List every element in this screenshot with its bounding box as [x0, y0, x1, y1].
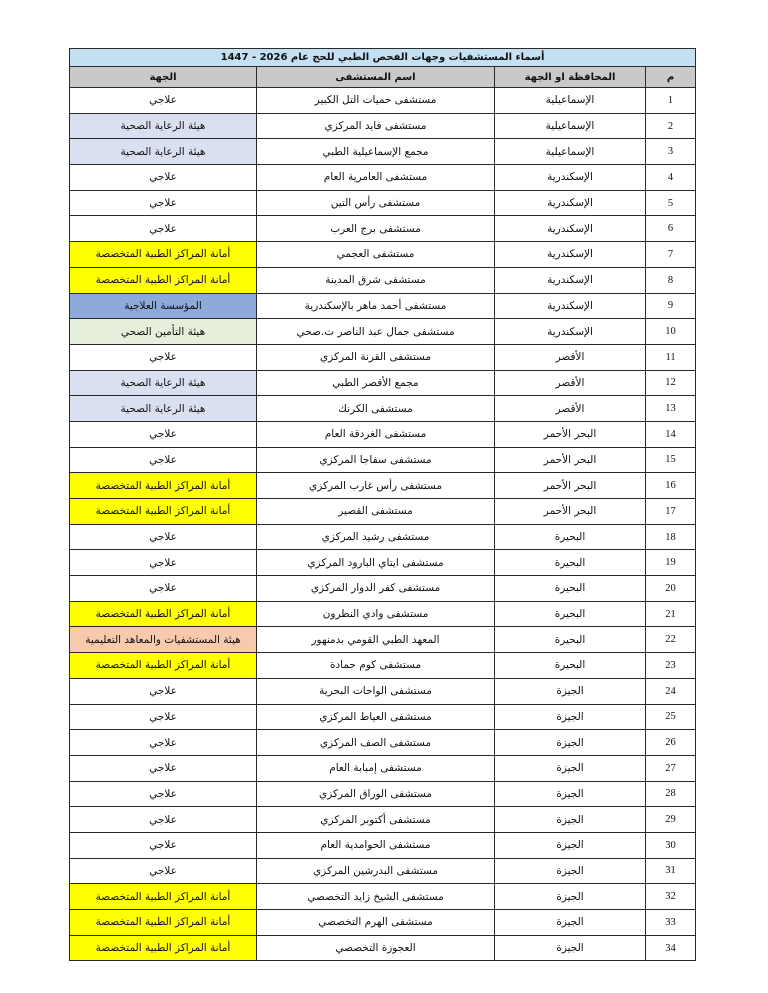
row-number: 14	[646, 421, 696, 447]
authority-cell: أمانة المراكز الطبية المتخصصة	[70, 653, 257, 679]
governorate-cell: الجيزة	[495, 704, 646, 730]
row-number: 30	[646, 832, 696, 858]
table-row: 9الإسكندريةمستشفى أحمد ماهر بالإسكندريةا…	[70, 293, 696, 319]
table-row: 17البحر الأحمرمستشفى القصيرأمانة المراكز…	[70, 499, 696, 525]
hospital-name-cell: مستشفى أكتوبر المركزي	[257, 807, 495, 833]
row-number: 10	[646, 319, 696, 345]
hospital-name-cell: مستشفى كوم حمادة	[257, 653, 495, 679]
governorate-cell: الجيزة	[495, 807, 646, 833]
hospital-name-cell: مستشفى شرق المدينة	[257, 267, 495, 293]
authority-cell: علاجي	[70, 447, 257, 473]
authority-cell: علاجي	[70, 190, 257, 216]
authority-cell: علاجي	[70, 216, 257, 242]
governorate-cell: الجيزة	[495, 781, 646, 807]
governorate-cell: الإسكندرية	[495, 190, 646, 216]
authority-cell: هيئة الرعاية الصحية	[70, 113, 257, 139]
governorate-cell: الجيزة	[495, 832, 646, 858]
row-number: 20	[646, 576, 696, 602]
governorate-cell: البحيرة	[495, 550, 646, 576]
hospital-name-cell: مستشفى الغردقة العام	[257, 421, 495, 447]
authority-cell: هيئة المستشفيات والمعاهد التعليمية	[70, 627, 257, 653]
table-row: 19البحيرةمستشفى ايتاي البارود المركزيعلا…	[70, 550, 696, 576]
authority-cell: علاجي	[70, 576, 257, 602]
hospital-name-cell: مستشفى الصف المركزي	[257, 730, 495, 756]
hospital-name-cell: المعهد الطبي القومي بدمنهور	[257, 627, 495, 653]
hospital-name-cell: مستشفى سفاجا المركزي	[257, 447, 495, 473]
authority-cell: علاجي	[70, 730, 257, 756]
row-number: 24	[646, 678, 696, 704]
hospitals-sheet: أسماء المستشفيات وجهات الفحص الطبي للحج …	[69, 48, 695, 961]
governorate-cell: الإسماعيلية	[495, 113, 646, 139]
governorate-cell: الإسكندرية	[495, 165, 646, 191]
row-number: 32	[646, 884, 696, 910]
governorate-cell: الإسكندرية	[495, 319, 646, 345]
governorate-cell: الإسكندرية	[495, 267, 646, 293]
governorate-cell: البحيرة	[495, 576, 646, 602]
authority-cell: هيئة الرعاية الصحية	[70, 139, 257, 165]
table-row: 29الجيزةمستشفى أكتوبر المركزيعلاجي	[70, 807, 696, 833]
authority-cell: أمانة المراكز الطبية المتخصصة	[70, 910, 257, 936]
row-number: 3	[646, 139, 696, 165]
hospital-name-cell: مستشفى ايتاي البارود المركزي	[257, 550, 495, 576]
row-number: 23	[646, 653, 696, 679]
hospital-name-cell: مستشفى الوراق المركزي	[257, 781, 495, 807]
authority-cell: أمانة المراكز الطبية المتخصصة	[70, 935, 257, 961]
table-row: 11الأقصرمستشفى القرنة المركزيعلاجي	[70, 344, 696, 370]
table-row: 26الجيزةمستشفى الصف المركزيعلاجي	[70, 730, 696, 756]
title-row: أسماء المستشفيات وجهات الفحص الطبي للحج …	[70, 49, 696, 67]
table-row: 31الجيزةمستشفى البدرشين المركزيعلاجي	[70, 858, 696, 884]
hospital-name-cell: مستشفى العياط المركزي	[257, 704, 495, 730]
table-row: 24الجيزةمستشفى الواحات البحريةعلاجي	[70, 678, 696, 704]
row-number: 11	[646, 344, 696, 370]
authority-cell: هيئة الرعاية الصحية	[70, 370, 257, 396]
row-number: 29	[646, 807, 696, 833]
governorate-cell: البحر الأحمر	[495, 499, 646, 525]
authority-cell: أمانة المراكز الطبية المتخصصة	[70, 242, 257, 268]
row-number: 27	[646, 755, 696, 781]
row-number: 19	[646, 550, 696, 576]
hospital-name-cell: مستشفى رأس التين	[257, 190, 495, 216]
governorate-cell: الجيزة	[495, 678, 646, 704]
row-number: 7	[646, 242, 696, 268]
table-row: 23البحيرةمستشفى كوم حمادةأمانة المراكز ا…	[70, 653, 696, 679]
row-number: 21	[646, 601, 696, 627]
hospital-name-cell: مستشفى القصير	[257, 499, 495, 525]
row-number: 26	[646, 730, 696, 756]
row-number: 6	[646, 216, 696, 242]
authority-cell: أمانة المراكز الطبية المتخصصة	[70, 473, 257, 499]
row-number: 12	[646, 370, 696, 396]
row-number: 18	[646, 524, 696, 550]
hospital-name-cell: مستشفى وادي النطرون	[257, 601, 495, 627]
governorate-cell: الجيزة	[495, 884, 646, 910]
row-number: 28	[646, 781, 696, 807]
hospital-name-cell: مستشفى برج العرب	[257, 216, 495, 242]
hospital-name-cell: مستشفى رأس غارب المركزي	[257, 473, 495, 499]
hospital-name-cell: مستشفى حميات التل الكبير	[257, 88, 495, 114]
document-title: أسماء المستشفيات وجهات الفحص الطبي للحج …	[70, 49, 696, 67]
row-number: 34	[646, 935, 696, 961]
column-header-authority: الجهة	[70, 67, 257, 88]
authority-cell: علاجي	[70, 755, 257, 781]
authority-cell: علاجي	[70, 524, 257, 550]
row-number: 22	[646, 627, 696, 653]
authority-cell: علاجي	[70, 807, 257, 833]
table-body: 1الإسماعيليةمستشفى حميات التل الكبيرعلاج…	[70, 88, 696, 961]
table-row: 32الجيزةمستشفى الشيخ زايد التخصصيأمانة ا…	[70, 884, 696, 910]
table-row: 18البحيرةمستشفى رشيد المركزيعلاجي	[70, 524, 696, 550]
row-number: 16	[646, 473, 696, 499]
governorate-cell: الجيزة	[495, 858, 646, 884]
row-number: 9	[646, 293, 696, 319]
governorate-cell: البحيرة	[495, 627, 646, 653]
row-number: 13	[646, 396, 696, 422]
row-number: 1	[646, 88, 696, 114]
authority-cell: علاجي	[70, 832, 257, 858]
authority-cell: أمانة المراكز الطبية المتخصصة	[70, 884, 257, 910]
table-row: 21البحيرةمستشفى وادي النطرونأمانة المراك…	[70, 601, 696, 627]
table-row: 13الأقصرمستشفى الكرنكهيئة الرعاية الصحية	[70, 396, 696, 422]
hospital-name-cell: مستشفى الشيخ زايد التخصصي	[257, 884, 495, 910]
table-row: 2الإسماعيليةمستشفى فايد المركزيهيئة الرع…	[70, 113, 696, 139]
authority-cell: أمانة المراكز الطبية المتخصصة	[70, 499, 257, 525]
governorate-cell: الجيزة	[495, 910, 646, 936]
hospital-name-cell: مستشفى القرنة المركزي	[257, 344, 495, 370]
authority-cell: علاجي	[70, 344, 257, 370]
governorate-cell: الإسكندرية	[495, 242, 646, 268]
column-header-hospital: اسم المستشفى	[257, 67, 495, 88]
authority-cell: المؤسسة العلاجية	[70, 293, 257, 319]
table-row: 10الإسكندريةمستشفى جمال عبد الناصر ت.صحي…	[70, 319, 696, 345]
table-row: 15البحر الأحمرمستشفى سفاجا المركزيعلاجي	[70, 447, 696, 473]
table-row: 14البحر الأحمرمستشفى الغردقة العامعلاجي	[70, 421, 696, 447]
governorate-cell: البحر الأحمر	[495, 421, 646, 447]
governorate-cell: الإسكندرية	[495, 216, 646, 242]
table-row: 7الإسكندريةمستشفى العجميأمانة المراكز ال…	[70, 242, 696, 268]
row-number: 33	[646, 910, 696, 936]
governorate-cell: البحيرة	[495, 601, 646, 627]
hospital-name-cell: مستشفى الحوامدية العام	[257, 832, 495, 858]
hospital-name-cell: مجمع الإسماعيلية الطبي	[257, 139, 495, 165]
row-number: 2	[646, 113, 696, 139]
row-number: 8	[646, 267, 696, 293]
authority-cell: هيئة التأمين الصحي	[70, 319, 257, 345]
table-row: 20البحيرةمستشفى كفر الدوار المركزيعلاجي	[70, 576, 696, 602]
hospital-name-cell: مستشفى العجمي	[257, 242, 495, 268]
hospitals-table: أسماء المستشفيات وجهات الفحص الطبي للحج …	[69, 48, 696, 961]
table-row: 6الإسكندريةمستشفى برج العربعلاجي	[70, 216, 696, 242]
governorate-cell: الإسماعيلية	[495, 88, 646, 114]
table-row: 28الجيزةمستشفى الوراق المركزيعلاجي	[70, 781, 696, 807]
governorate-cell: الأقصر	[495, 344, 646, 370]
row-number: 17	[646, 499, 696, 525]
authority-cell: علاجي	[70, 550, 257, 576]
authority-cell: علاجي	[70, 421, 257, 447]
hospital-name-cell: مستشفى جمال عبد الناصر ت.صحي	[257, 319, 495, 345]
authority-cell: علاجي	[70, 88, 257, 114]
column-header-governorate: المحافظة او الجهة	[495, 67, 646, 88]
table-row: 25الجيزةمستشفى العياط المركزيعلاجي	[70, 704, 696, 730]
table-row: 5الإسكندريةمستشفى رأس التينعلاجي	[70, 190, 696, 216]
governorate-cell: الإسماعيلية	[495, 139, 646, 165]
authority-cell: علاجي	[70, 678, 257, 704]
table-row: 22البحيرةالمعهد الطبي القومي بدمنهورهيئة…	[70, 627, 696, 653]
hospital-name-cell: مجمع الأقصر الطبي	[257, 370, 495, 396]
authority-cell: أمانة المراكز الطبية المتخصصة	[70, 601, 257, 627]
governorate-cell: الجيزة	[495, 755, 646, 781]
table-row: 4الإسكندريةمستشفى العامرية العامعلاجي	[70, 165, 696, 191]
authority-cell: علاجي	[70, 858, 257, 884]
authority-cell: علاجي	[70, 781, 257, 807]
governorate-cell: الإسكندرية	[495, 293, 646, 319]
header-row: م المحافظة او الجهة اسم المستشفى الجهة	[70, 67, 696, 88]
governorate-cell: البحر الأحمر	[495, 473, 646, 499]
authority-cell: هيئة الرعاية الصحية	[70, 396, 257, 422]
table-row: 34الجيزةالعجوزة التخصصيأمانة المراكز الط…	[70, 935, 696, 961]
table-row: 1الإسماعيليةمستشفى حميات التل الكبيرعلاج…	[70, 88, 696, 114]
governorate-cell: البحيرة	[495, 653, 646, 679]
hospital-name-cell: مستشفى كفر الدوار المركزي	[257, 576, 495, 602]
hospital-name-cell: العجوزة التخصصي	[257, 935, 495, 961]
governorate-cell: الأقصر	[495, 370, 646, 396]
table-row: 33الجيزةمستشفى الهرم التخصصيأمانة المراك…	[70, 910, 696, 936]
hospital-name-cell: مستشفى العامرية العام	[257, 165, 495, 191]
authority-cell: أمانة المراكز الطبية المتخصصة	[70, 267, 257, 293]
table-row: 27الجيزةمستشفى إمبابة العامعلاجي	[70, 755, 696, 781]
governorate-cell: البحيرة	[495, 524, 646, 550]
table-row: 16البحر الأحمرمستشفى رأس غارب المركزيأما…	[70, 473, 696, 499]
hospital-name-cell: مستشفى فايد المركزي	[257, 113, 495, 139]
table-row: 30الجيزةمستشفى الحوامدية العامعلاجي	[70, 832, 696, 858]
hospital-name-cell: مستشفى الواحات البحرية	[257, 678, 495, 704]
table-row: 8الإسكندريةمستشفى شرق المدينةأمانة المرا…	[70, 267, 696, 293]
hospital-name-cell: مستشفى إمبابة العام	[257, 755, 495, 781]
row-number: 15	[646, 447, 696, 473]
row-number: 5	[646, 190, 696, 216]
authority-cell: علاجي	[70, 704, 257, 730]
row-number: 25	[646, 704, 696, 730]
row-number: 31	[646, 858, 696, 884]
hospital-name-cell: مستشفى رشيد المركزي	[257, 524, 495, 550]
authority-cell: علاجي	[70, 165, 257, 191]
row-number: 4	[646, 165, 696, 191]
hospital-name-cell: مستشفى أحمد ماهر بالإسكندرية	[257, 293, 495, 319]
hospital-name-cell: مستشفى الهرم التخصصي	[257, 910, 495, 936]
governorate-cell: الأقصر	[495, 396, 646, 422]
column-header-num: م	[646, 67, 696, 88]
governorate-cell: الجيزة	[495, 730, 646, 756]
table-row: 12الأقصرمجمع الأقصر الطبيهيئة الرعاية ال…	[70, 370, 696, 396]
governorate-cell: الجيزة	[495, 935, 646, 961]
governorate-cell: البحر الأحمر	[495, 447, 646, 473]
hospital-name-cell: مستشفى الكرنك	[257, 396, 495, 422]
table-row: 3الإسماعيليةمجمع الإسماعيلية الطبيهيئة ا…	[70, 139, 696, 165]
hospital-name-cell: مستشفى البدرشين المركزي	[257, 858, 495, 884]
